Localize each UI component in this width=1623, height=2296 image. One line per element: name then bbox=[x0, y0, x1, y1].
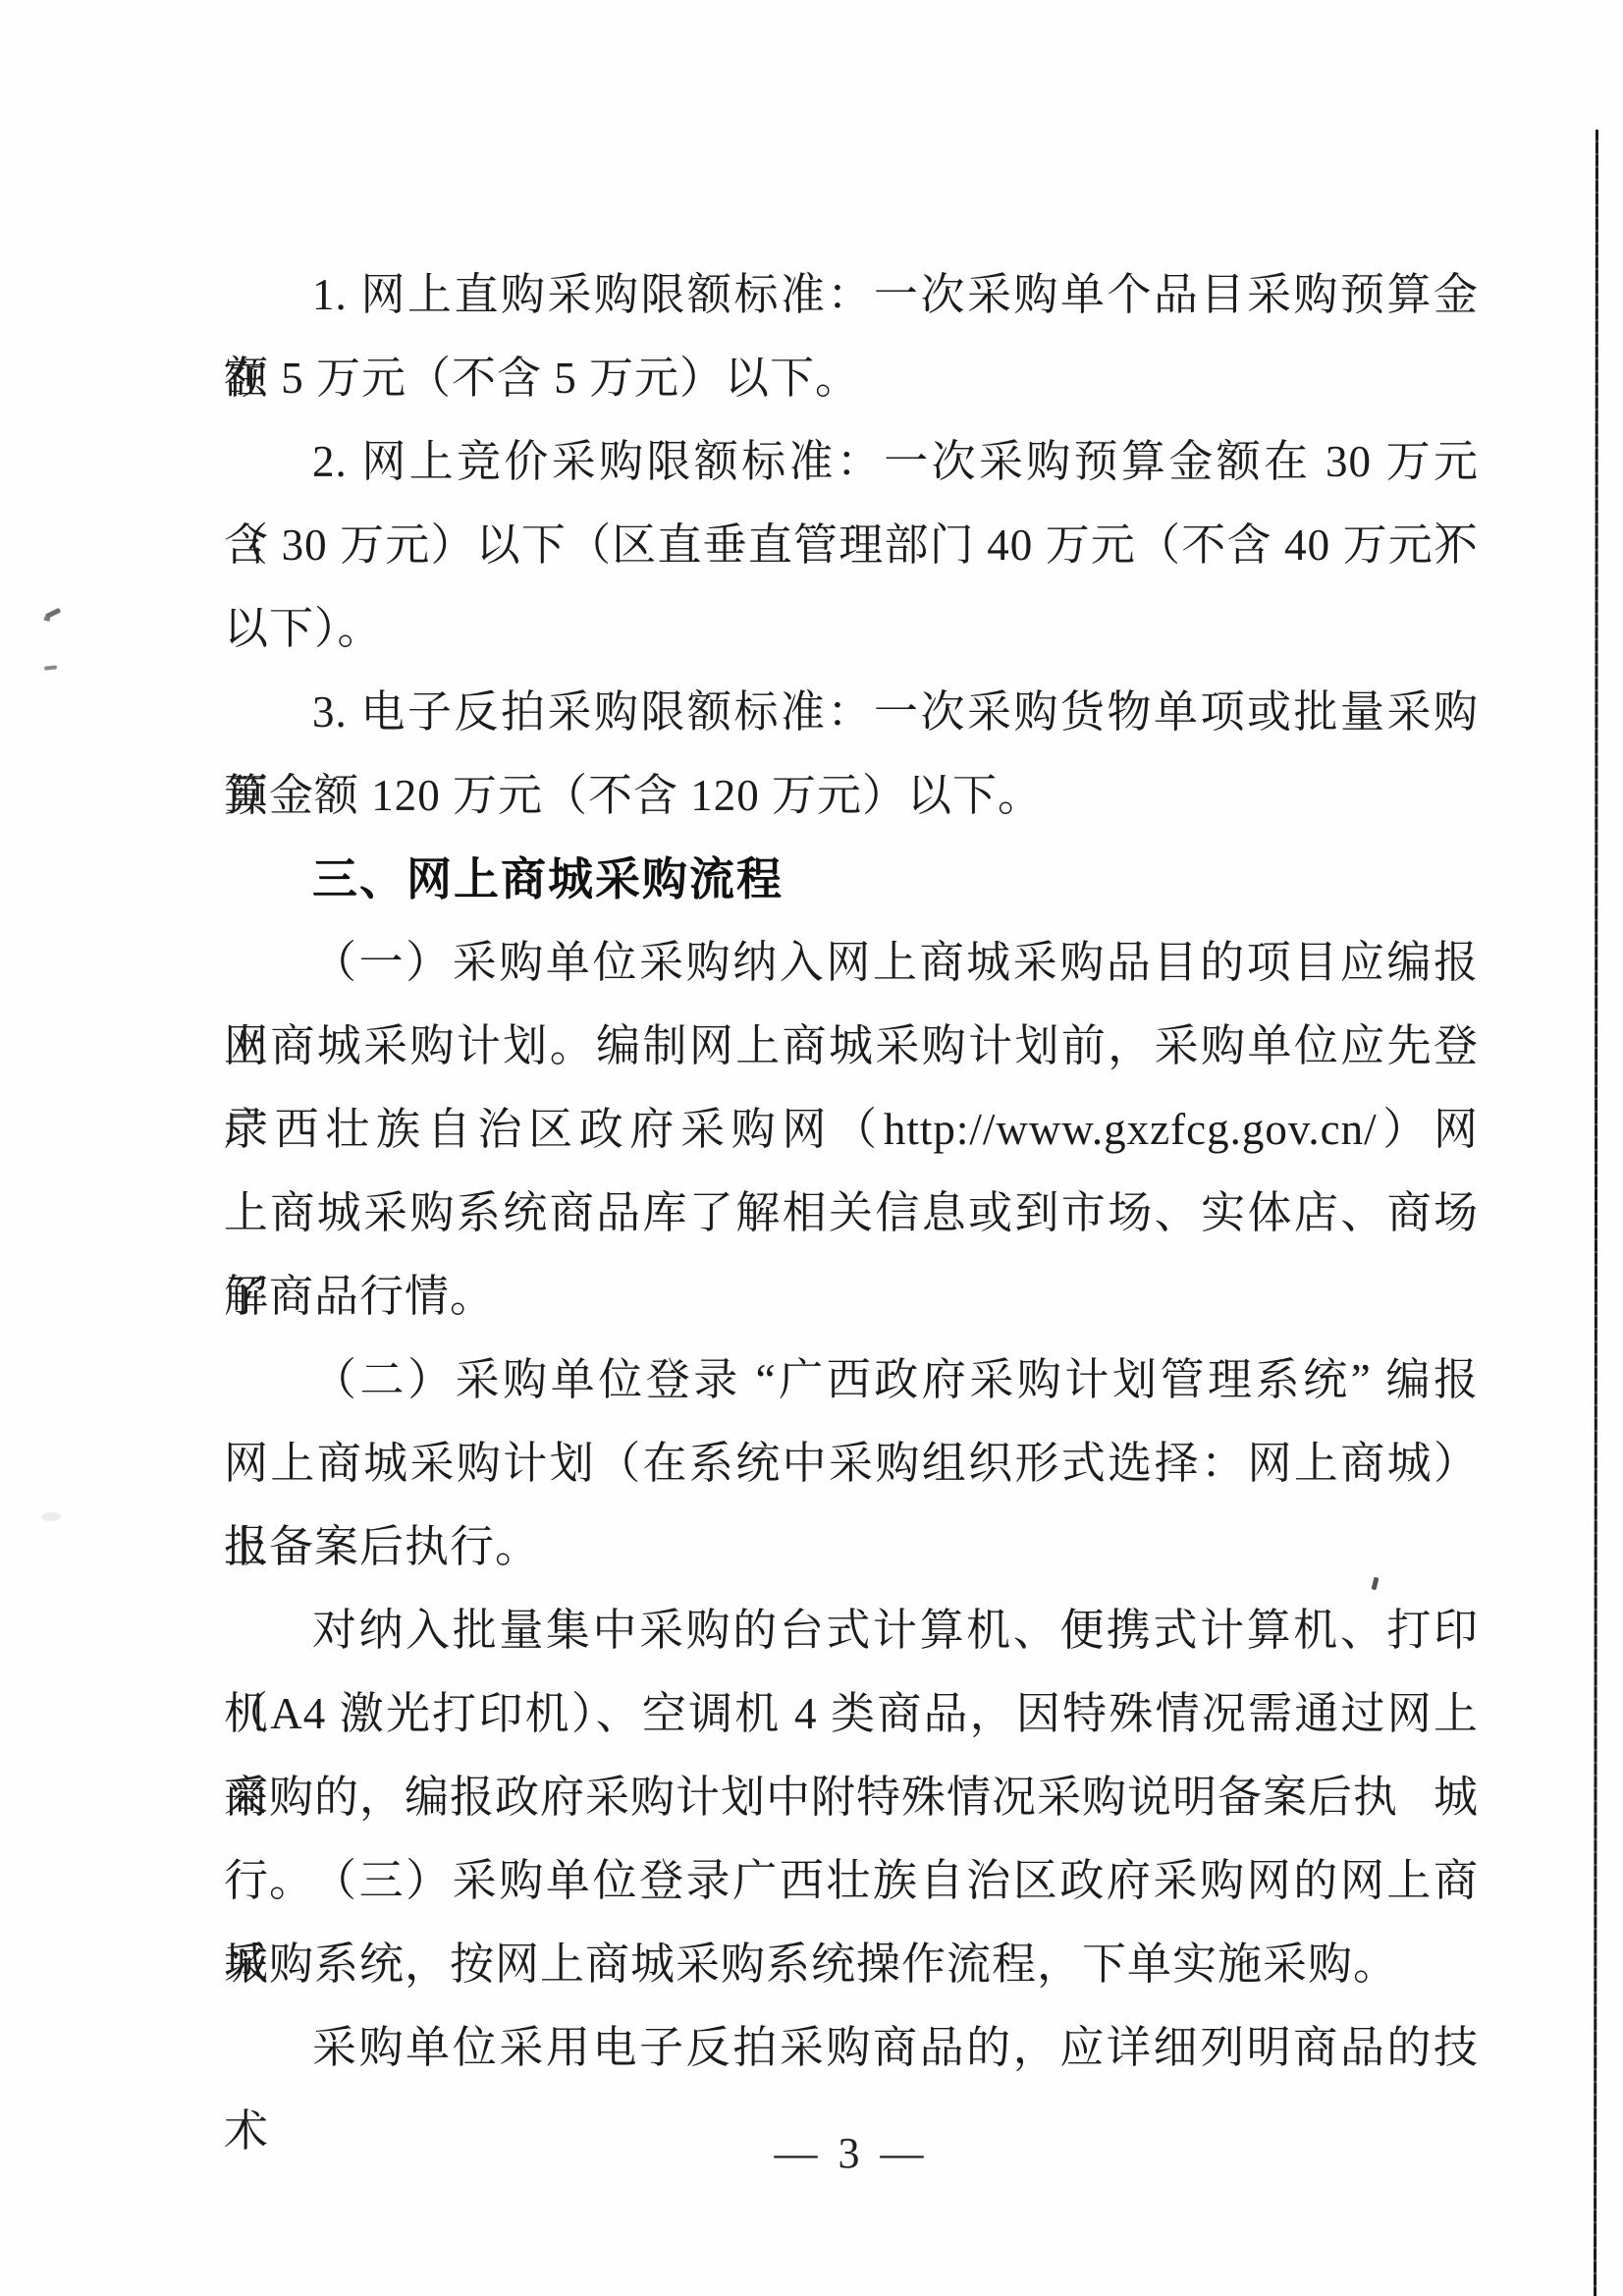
document-line: 上商城采购系统商品库了解相关信息或到市场、实体店、商场了 bbox=[224, 1172, 1479, 1255]
page-number: — 3 — bbox=[224, 2111, 1479, 2195]
document-page: 1. 网上直购采购限额标准：一次采购单个品目采购预算金额 在 5 万元（不含 5… bbox=[0, 0, 1623, 2296]
document-line: 3. 电子反拍采购限额标准：一次采购货物单项或批量采购预 bbox=[224, 671, 1479, 754]
document-line: 报备案后执行。 bbox=[224, 1505, 1479, 1589]
section-heading: 三、网上商城采购流程 bbox=[224, 838, 1479, 921]
document-line: 上商城采购计划。编制网上商城采购计划前，采购单位应先登录 bbox=[224, 1005, 1479, 1088]
document-line: 2. 网上竞价采购限额标准：一次采购预算金额在 30 万元（不 bbox=[224, 420, 1479, 504]
scan-artifact-dash bbox=[44, 665, 57, 670]
document-line: （A4 激光打印机）、空调机 4 类商品，因特殊情况需通过网上商城 bbox=[224, 1672, 1479, 1756]
document-line: 含 30 万元）以下（区直垂直管理部门 40 万元（不含 40 万元） bbox=[224, 504, 1479, 587]
document-line: 算金额 120 万元（不含 120 万元）以下。 bbox=[224, 754, 1479, 838]
document-line: 以下）。 bbox=[224, 587, 1479, 671]
document-line: 解商品行情。 bbox=[224, 1255, 1479, 1339]
document-line: 采购单位采用电子反拍采购商品的，应详细列明商品的技术 bbox=[224, 2006, 1479, 2090]
document-line: 广西壮族自治区政府采购网（http://www.gxzfcg.gov.cn/）网 bbox=[224, 1088, 1479, 1172]
document-body: 1. 网上直购采购限额标准：一次采购单个品目采购预算金额 在 5 万元（不含 5… bbox=[224, 253, 1479, 2090]
document-line: （三）采购单位登录广西壮族自治区政府采购网的网上商城 bbox=[224, 1839, 1479, 1923]
document-line: 1. 网上直购采购限额标准：一次采购单个品目采购预算金额 bbox=[224, 253, 1479, 337]
document-line: 网上商城采购计划（在系统中采购组织形式选择：网上商城）上 bbox=[224, 1422, 1479, 1505]
document-line: （二）采购单位登录 “广西政府采购计划管理系统” 编报 bbox=[224, 1339, 1479, 1422]
scan-artifact-tick bbox=[45, 608, 62, 620]
document-line: （一）采购单位采购纳入网上商城采购品目的项目应编报网 bbox=[224, 921, 1479, 1005]
document-line: 采购的，编报政府采购计划中附特殊情况采购说明备案后执行。 bbox=[224, 1756, 1479, 1839]
document-line: 采购系统，按网上商城采购系统操作流程，下单实施采购。 bbox=[224, 1923, 1479, 2006]
scan-edge-line bbox=[1594, 130, 1598, 2296]
scan-artifact-smudge bbox=[41, 1512, 61, 1521]
document-line: 对纳入批量集中采购的台式计算机、便携式计算机、打印机 bbox=[224, 1589, 1479, 1672]
document-line: 在 5 万元（不含 5 万元）以下。 bbox=[224, 337, 1479, 420]
